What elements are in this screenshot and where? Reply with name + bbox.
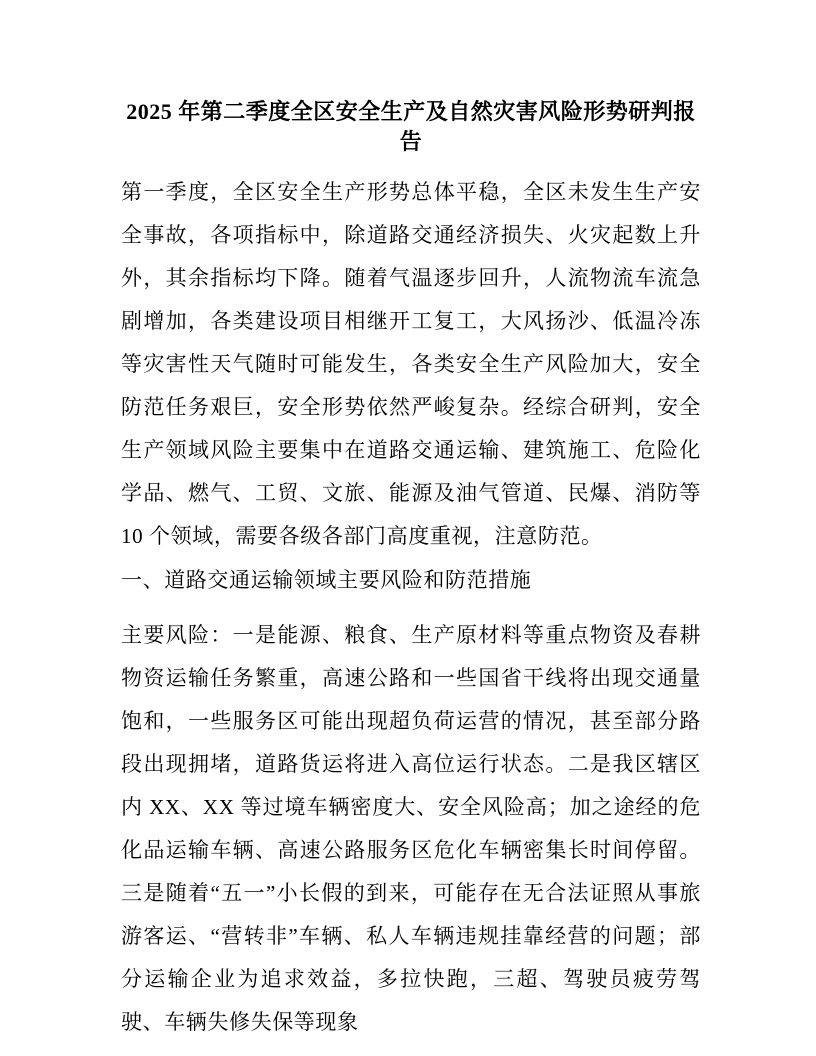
section-1-paragraph: 主要风险：一是能源、粮食、生产原材料等重点物资及春耕物资运输任务繁重，高速公路和… <box>121 614 701 1044</box>
document-page: 2025 年第二季度全区安全生产及自然灾害风险形势研判报告 第一季度，全区安全生… <box>0 0 816 1056</box>
section-1-heading: 一、道路交通运输领域主要风险和防范措施 <box>121 559 701 602</box>
document-title: 2025 年第二季度全区安全生产及自然灾害风险形势研判报告 <box>121 97 701 157</box>
intro-paragraph: 第一季度，全区安全生产形势总体平稳，全区未发生生产安全事故，各项指标中，除道路交… <box>121 171 701 558</box>
